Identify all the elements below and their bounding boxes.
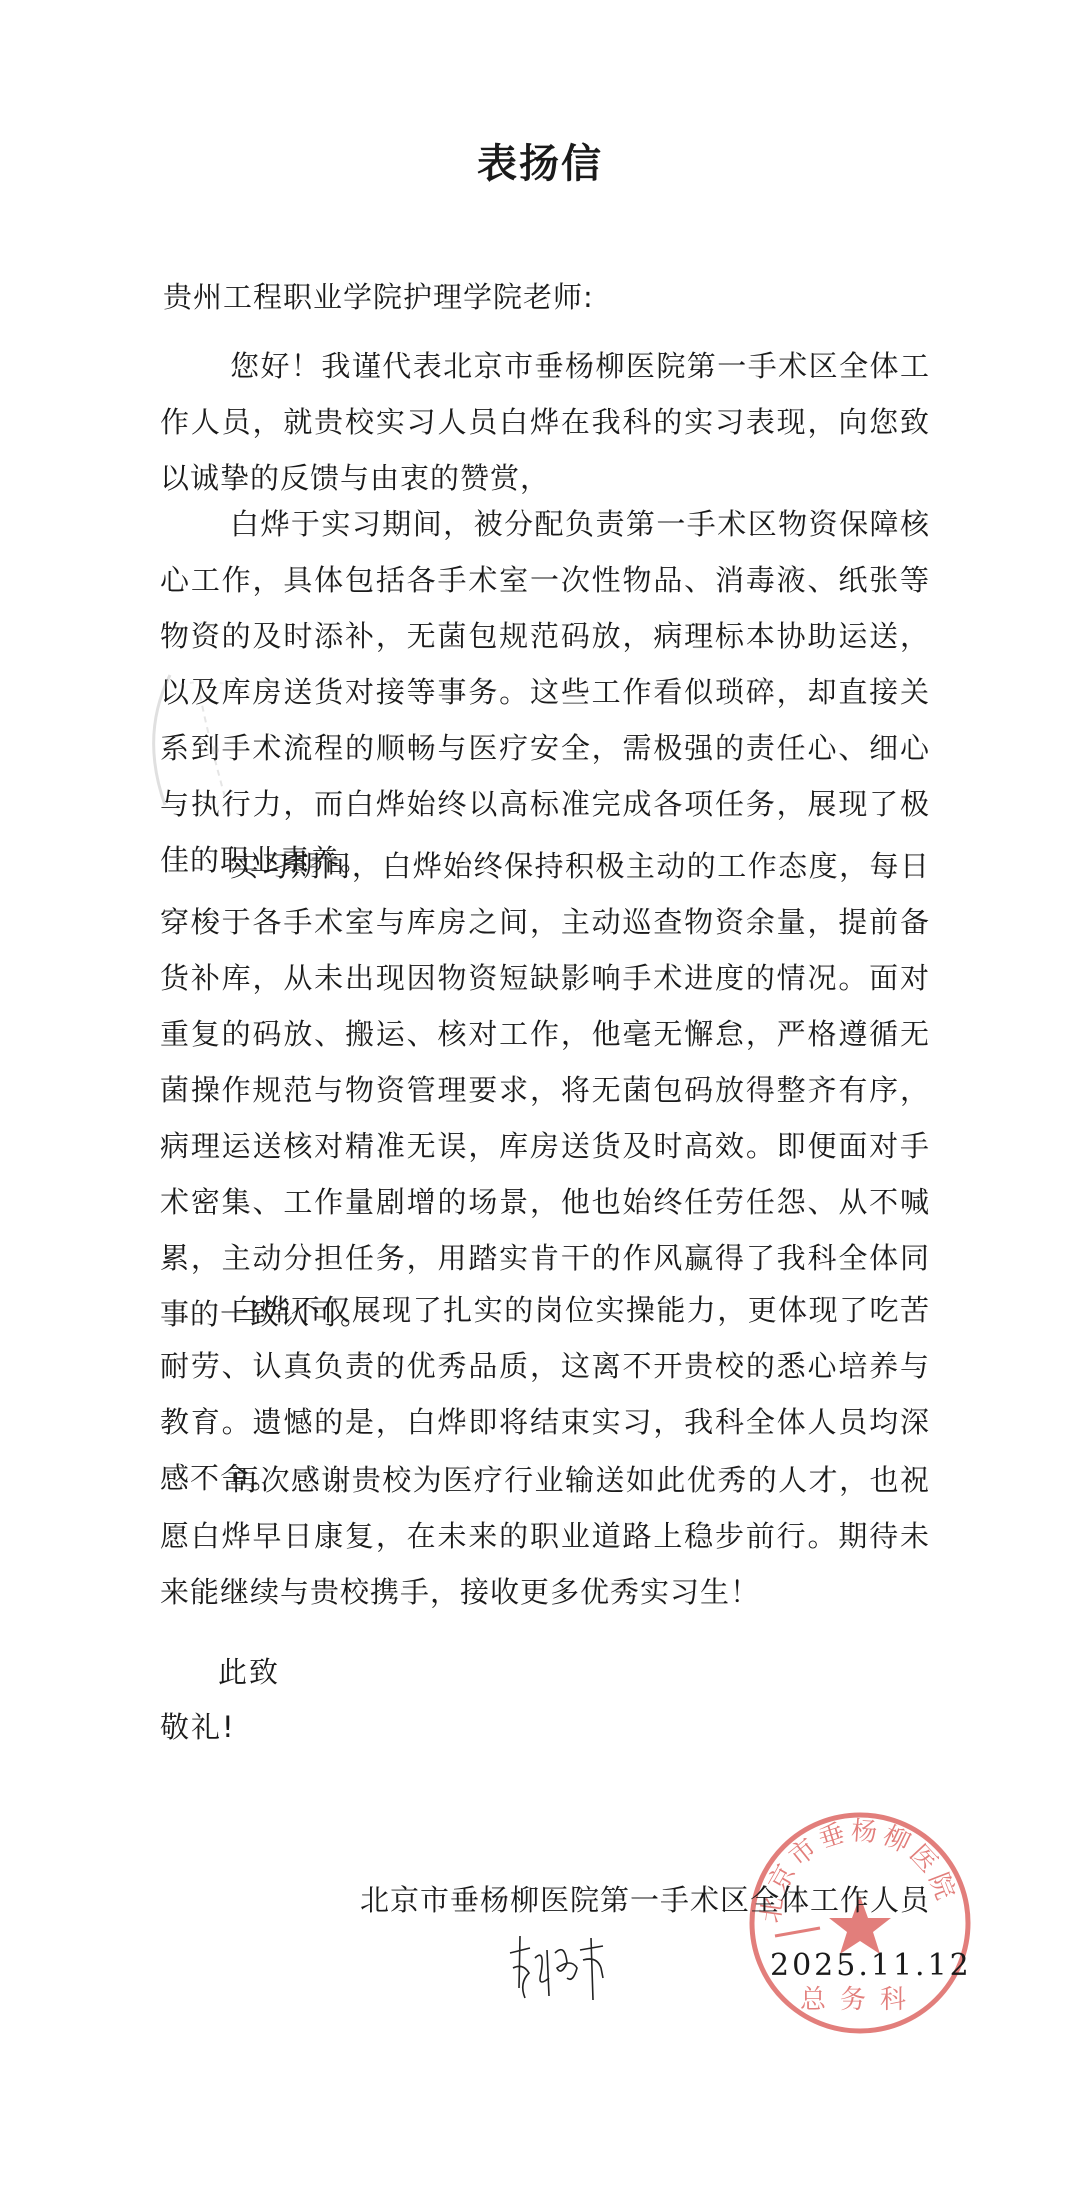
paragraph-3: 实习期间，白烨始终保持积极主动的工作态度，每日穿梭于各手术室与库房之间，主动巡查… xyxy=(160,838,930,1342)
official-seal-stamp: 北京市垂杨柳医院 总务科 xyxy=(745,1808,975,2038)
salutation: 贵州工程职业学院护理学院老师: xyxy=(163,275,594,316)
faint-stamp-mark xyxy=(130,655,280,825)
closing-line-2: 敬礼! xyxy=(160,1705,236,1746)
closing-line-1: 此致 xyxy=(218,1650,280,1691)
letter-title: 表扬信 xyxy=(0,132,1080,189)
sender-name: 北京市垂杨柳医院第一手术区全体工作人员 xyxy=(360,1878,930,1919)
paragraph-1: 您好！我谨代表北京市垂杨柳医院第一手术区全体工作人员，就贵校实习人员白烨在我科的… xyxy=(160,338,930,506)
letter-date: 2025.11.12 xyxy=(770,1948,972,1983)
seal-bottom-text: 总务科 xyxy=(800,1985,920,2015)
paragraph-5: 再次感谢贵校为医疗行业输送如此优秀的人才，也祝愿白烨早日康复，在未来的职业道路上… xyxy=(160,1452,930,1620)
handwritten-signature xyxy=(505,1928,615,2008)
